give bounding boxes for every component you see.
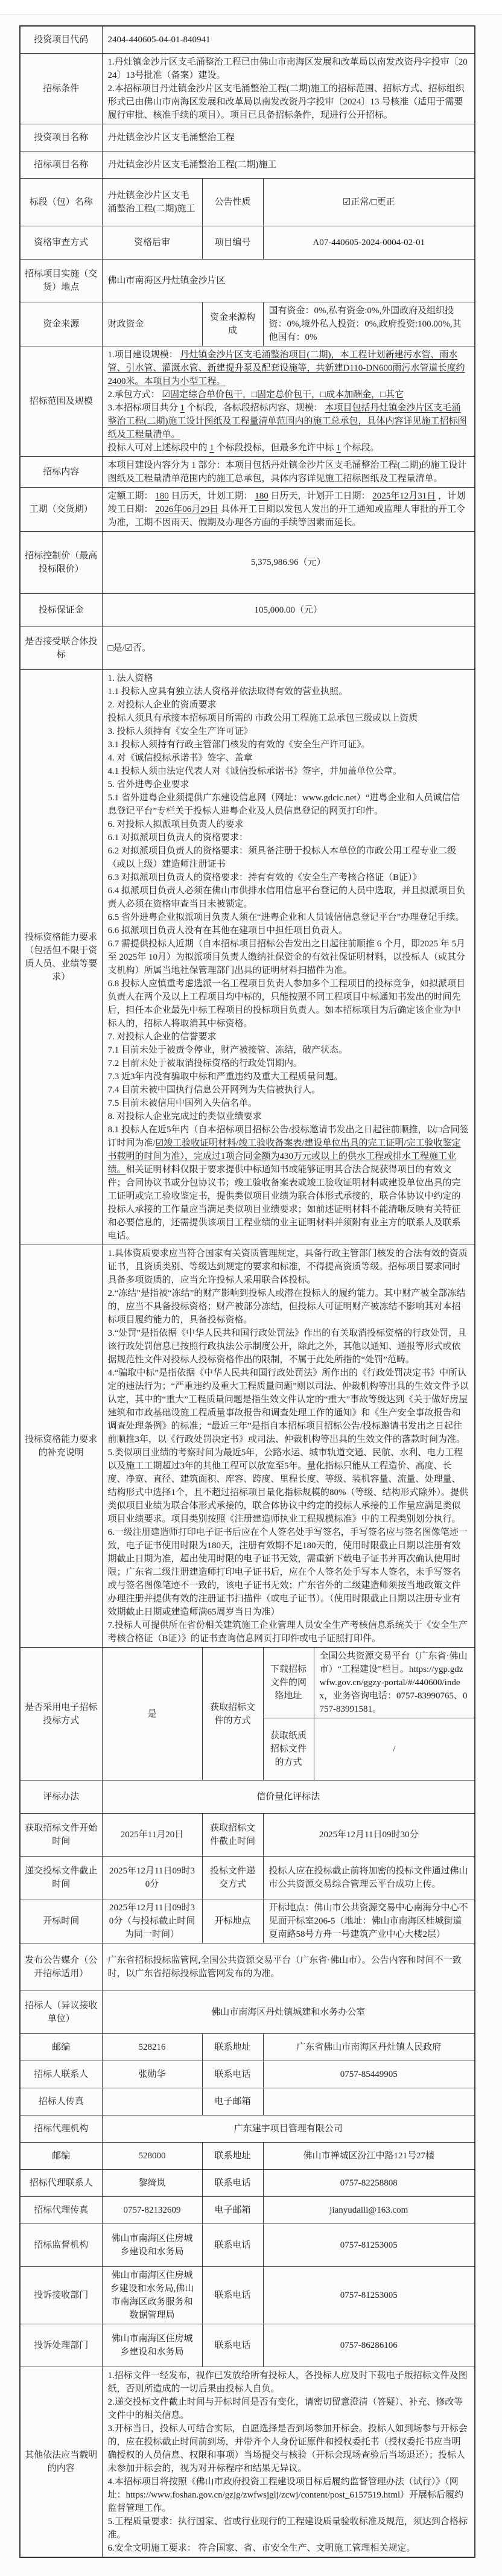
table-row: 招标范围及规模 1.项目建设规模： 丹灶镇金沙片区支毛涌整治项目(二期)，本工程…: [20, 346, 475, 457]
doc-obtain-deadline-value: 2025年12月11日09时30分: [263, 1814, 475, 1857]
tenderer-postcode-value: 528216: [102, 2034, 202, 2061]
row-label: 资金来源构成: [202, 302, 263, 346]
bid-bond-value: 105,000.00（元）: [102, 594, 475, 627]
table-row: 递交投标文件截止时间 2025年12月11日09时30分 投标文件递交方式 投标…: [20, 1857, 475, 1899]
row-label: 电子邮箱: [202, 2088, 263, 2115]
download-address-value: 全国公共资源交易平台（广东省·佛山市）“工程建设”栏目。https://ygp.…: [314, 1648, 475, 1718]
tender-announcement-document: 投资项目代码 2404-440605-04-01-840941 招标条件 1.丹…: [0, 14, 502, 2576]
row-label: 下载招标文件的网络地址: [263, 1648, 314, 1718]
row-label: 联系电话: [202, 2170, 263, 2197]
row-label: 联系电话: [202, 2267, 263, 2324]
row-label: 投标资格能力要求的补充说明: [20, 1245, 102, 1648]
tender-conditions-value: 1.丹灶镇金沙片区支毛涌整治工程已由佛山市南海区发展和改革局以南发改资丹字投审〔…: [102, 54, 475, 124]
agency-fax-value: 0757-82132609: [102, 2197, 202, 2224]
tender-announcement-table: 投资项目代码 2404-440605-04-01-840941 招标条件 1.丹…: [19, 25, 475, 2558]
row-label: 招标监督机构: [20, 2224, 102, 2267]
row-label: 评标办法: [20, 1781, 102, 1814]
table-row: 招标代理传真 0757-82132609 电子邮箱 jianyudaili@16…: [20, 2197, 475, 2224]
complaint-receiving-phone-value: 0757-81253005: [263, 2267, 475, 2324]
row-label: 投标资格能力要求（包括但不限于资质人员、业绩等要求）: [20, 670, 102, 1245]
project-number-value: A07-440605-2024-0004-02-01: [263, 226, 475, 260]
row-label: 招标人联系人: [20, 2061, 102, 2088]
table-row: 标段（包）名称 丹灶镇金沙片区支毛涌整治工程(二期)施工 公告性质 ☑正常/□更…: [20, 179, 475, 226]
row-label: 获取招标文件的方式: [202, 1648, 263, 1781]
row-label: 其他依法应当载明的内容: [20, 2367, 102, 2558]
agency-contact-value: 黎绮岚: [102, 2170, 202, 2197]
table-row: 邮编 528216 联系地址 广东省佛山市南海区丹灶镇人民政府: [20, 2034, 475, 2061]
row-label: 联系地址: [202, 2034, 263, 2061]
qualification-supplement-value: 1.具体资质要求应当符合国家有关资质管理规定，具备行政主管部门核发的合法有效的资…: [102, 1245, 475, 1648]
tenderer-name-value: 佛山市南海区丹灶镇城建和水务办公室: [102, 1991, 475, 2034]
doc-obtain-start-value: 2025年11月20日: [102, 1814, 202, 1857]
row-label: 招标代理联系人: [20, 2170, 102, 2197]
row-label: 招标代理传真: [20, 2197, 102, 2224]
agency-name-value: 广东建宇项目管理有限公司: [102, 2115, 475, 2143]
complaint-handling-dept-value: 佛山市南海区住房城乡建设和水务局: [102, 2324, 202, 2367]
bid-submission-deadline-value: 2025年12月11日09时30分: [102, 1857, 202, 1899]
row-label: 开标地点: [202, 1899, 263, 1943]
tender-content-value: 本项目建设内容分为 1 部分：本项目包括丹灶镇金沙片区支毛涌整治工程(二期)的施…: [102, 457, 475, 488]
row-label: 联系电话: [202, 2061, 263, 2088]
row-label: 投资项目代码: [20, 26, 102, 54]
row-label: 联系电话: [202, 2224, 263, 2267]
row-label: 招标范围及规模: [20, 346, 102, 457]
row-label: 招标人传真: [20, 2088, 102, 2115]
consortium-allowed-value: □是/☑否。: [102, 627, 475, 670]
table-row: 资金来源 财政资金 资金来源构成 国有资金：0%,私有资金:0%,外国政府及组织…: [20, 302, 475, 346]
table-row: 评标办法 信价量化评标法: [20, 1781, 475, 1814]
top-divider-bar: [0, 0, 502, 14]
tender-project-name-value: 丹灶镇金沙片区支毛涌整治工程(二期)施工: [102, 151, 475, 179]
supervision-agency-value: 佛山市南海区住房城乡建设和水务局: [102, 2224, 202, 2267]
table-row: 发布公告媒介（公开招标适用） 广东省招标投标监管网,全国公共资源交易平台（广东省…: [20, 1943, 475, 1991]
table-row: 资格审查方式 资格后审 项目编号 A07-440605-2024-0004-02…: [20, 226, 475, 260]
row-label: 招标人（异议接收单位）: [20, 1991, 102, 2034]
table-row: 开标时间 2025年12月11日09时30分（与投标截止时间为同一时间） 开标地…: [20, 1899, 475, 1943]
table-row: 投标资格能力要求的补充说明 1.具体资质要求应当符合国家有关资质管理规定，具备行…: [20, 1245, 475, 1648]
qualification-review-value: 资格后审: [102, 226, 202, 260]
row-label: 递交投标文件截止时间: [20, 1857, 102, 1899]
table-row: 招标项目实施（交货）地点 佛山市南海区丹灶镇金沙片区: [20, 260, 475, 302]
complaint-receiving-dept-value: 佛山市南海区住房城乡建设和水务局,佛山市南海区政务服务和数据管理局: [102, 2267, 202, 2324]
agency-address-value: 佛山市禅城区汾江中路121号27楼: [263, 2143, 475, 2170]
table-row: 投资项目代码 2404-440605-04-01-840941: [20, 26, 475, 54]
table-row: 招标条件 1.丹灶镇金沙片区支毛涌整治工程已由佛山市南海区发展和改革局以南发改资…: [20, 54, 475, 124]
row-label: 投资项目名称: [20, 124, 102, 151]
bid-opening-time-value: 2025年12月11日09时30分（与投标截止时间为同一时间）: [102, 1899, 202, 1943]
row-label: 开标时间: [20, 1899, 102, 1943]
tender-scope-value: 1.项目建设规模： 丹灶镇金沙片区支毛涌整治项目(二期)，本工程计划新建污水管、…: [102, 346, 475, 457]
row-label: 公告性质: [202, 179, 263, 226]
row-label: 项目编号: [202, 226, 263, 260]
table-row: 获取招标文件开始时间 2025年11月20日 获取招标文件截止时间 2025年1…: [20, 1814, 475, 1857]
paper-document-method-value: /: [314, 1718, 475, 1781]
agency-postcode-value: 528000: [102, 2143, 202, 2170]
construction-period-value: 定额工期： 180 日历天，计划工期： 180 日历天，计划开工日期： 2025…: [102, 488, 475, 532]
tenderer-fax-value: [102, 2088, 202, 2115]
supervision-phone-value: 0757-81253005: [263, 2224, 475, 2267]
row-label: 招标控制价（最高投标限价）: [20, 532, 102, 594]
row-label: 资格审查方式: [20, 226, 102, 260]
agency-phone-value: 0757-82258808: [263, 2170, 475, 2197]
e-bidding-used-value: 是: [102, 1648, 202, 1781]
row-label: 招标项目实施（交货）地点: [20, 260, 102, 302]
delivery-location-value: 佛山市南海区丹灶镇金沙片区: [102, 260, 475, 302]
row-label: 招标代理机构: [20, 2115, 102, 2143]
row-label: 是否接受联合体投标: [20, 627, 102, 670]
row-label: 工期（交货期）: [20, 488, 102, 532]
table-row: 招标代理机构 广东建宇项目管理有限公司: [20, 2115, 475, 2143]
row-label: 联系电话: [202, 2324, 263, 2367]
table-row: 招标项目名称 丹灶镇金沙片区支毛涌整治工程(二期)施工: [20, 151, 475, 179]
row-label: 获取招标文件开始时间: [20, 1814, 102, 1857]
table-row: 工期（交货期） 定额工期： 180 日历天，计划工期： 180 日历天，计划开工…: [20, 488, 475, 532]
table-row: 是否采用电子招标投标方式 是 获取招标文件的方式 下载招标文件的网络地址 全国公…: [20, 1648, 475, 1718]
row-label: 投标文件递交方式: [202, 1857, 263, 1899]
funds-composition-value: 国有资金：0%,私有资金:0%,外国政府及组织投资：0%,境外私人投资：0%,政…: [263, 302, 475, 346]
tenderer-phone-value: 0757-85449905: [263, 2061, 475, 2088]
table-row: 投诉接收部门 佛山市南海区住房城乡建设和水务局,佛山市南海区政务服务和数据管理局…: [20, 2267, 475, 2324]
row-label: 联系地址: [202, 2143, 263, 2170]
table-row: 招标人联系人 张勋华 联系电话 0757-85449905: [20, 2061, 475, 2088]
tenderer-contact-value: 张勋华: [102, 2061, 202, 2088]
investment-project-name-value: 丹灶镇金沙片区支毛涌整治工程: [102, 124, 475, 151]
row-label: 招标内容: [20, 457, 102, 488]
table-row: 邮编 528000 联系地址 佛山市禅城区汾江中路121号27楼: [20, 2143, 475, 2170]
row-label: 投诉处理部门: [20, 2324, 102, 2367]
row-label: 获取纸质招标文件的方式: [263, 1718, 314, 1781]
complaint-handling-phone-value: 0757-86286106: [263, 2324, 475, 2367]
row-label: 邮编: [20, 2143, 102, 2170]
bid-submission-method-value: 投标人应在投标截止前将加密的投标文件通过佛山市公共资源交易综合管理云平台成功上传…: [263, 1857, 475, 1899]
row-label: 发布公告媒介（公开招标适用）: [20, 1943, 102, 1991]
row-label: 获取招标文件截止时间: [202, 1814, 263, 1857]
table-row: 招标控制价（最高投标限价） 5,375,986.96（元）: [20, 532, 475, 594]
table-row: 投标资格能力要求（包括但不限于资质人员、业绩等要求） 1. 法人资格 1.1 投…: [20, 670, 475, 1245]
table-row: 招标监督机构 佛山市南海区住房城乡建设和水务局 联系电话 0757-812530…: [20, 2224, 475, 2267]
tenderer-email-value: [263, 2088, 475, 2115]
announcement-media-value: 广东省招标投标监管网,全国公共资源交易平台（广东省·佛山市）。公告内容和时间不一…: [102, 1943, 475, 1991]
table-row: 投资项目名称 丹灶镇金沙片区支毛涌整治工程: [20, 124, 475, 151]
investment-code-value: 2404-440605-04-01-840941: [102, 26, 475, 54]
ceiling-price-value: 5,375,986.96（元）: [102, 532, 475, 594]
row-label: 招标项目名称: [20, 151, 102, 179]
notice-nature-value: ☑正常/□更正: [263, 179, 475, 226]
row-label: 邮编: [20, 2034, 102, 2061]
table-row: 投标保证金 105,000.00（元）: [20, 594, 475, 627]
table-row: 其他依法应当载明的内容 1.招标文件一经发布，视作已发放给所有投标人，各投标人应…: [20, 2367, 475, 2558]
funds-source-value: 财政资金: [102, 302, 202, 346]
table-row: 投诉处理部门 佛山市南海区住房城乡建设和水务局 联系电话 0757-862861…: [20, 2324, 475, 2367]
row-label: 标段（包）名称: [20, 179, 102, 226]
evaluation-method-value: 信价量化评标法: [102, 1781, 475, 1814]
table-row: 招标代理联系人 黎绮岚 联系电话 0757-82258808: [20, 2170, 475, 2197]
table-row: 招标人（异议接收单位） 佛山市南海区丹灶镇城建和水务办公室: [20, 1991, 475, 2034]
row-label: 是否采用电子招标投标方式: [20, 1648, 102, 1781]
bidder-qualification-requirements-value: 1. 法人资格 1.1 投标人应具有独立法人资格并依法取得有效的营业执照。 2.…: [102, 670, 475, 1245]
row-label: 投诉接收部门: [20, 2267, 102, 2324]
table-row: 招标内容 本项目建设内容分为 1 部分：本项目包括丹灶镇金沙片区支毛涌整治工程(…: [20, 457, 475, 488]
row-label: 招标条件: [20, 54, 102, 124]
table-row: 招标人传真 电子邮箱: [20, 2088, 475, 2115]
bid-opening-place-value: 开标地点：佛山市公共资源交易中心南海分中心不见面开标室206-5（地址：佛山市南…: [263, 1899, 475, 1943]
row-label: 电子邮箱: [202, 2197, 263, 2224]
agency-email-value: jianyudaili@163.com: [263, 2197, 475, 2224]
row-label: 投标保证金: [20, 594, 102, 627]
section-package-name-value: 丹灶镇金沙片区支毛涌整治工程(二期)施工: [102, 179, 202, 226]
other-required-content-value: 1.招标文件一经发布，视作已发放给所有投标人，各投标人应及时下载电子版招标文件及…: [102, 2367, 475, 2558]
tenderer-address-value: 广东省佛山市南海区丹灶镇人民政府: [263, 2034, 475, 2061]
row-label: 资金来源: [20, 302, 102, 346]
table-row: 是否接受联合体投标 □是/☑否。: [20, 627, 475, 670]
